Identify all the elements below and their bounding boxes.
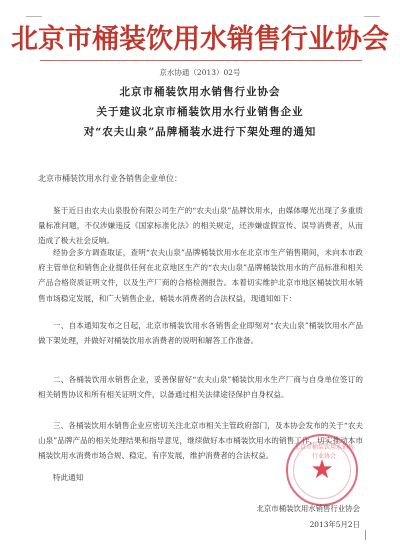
- crop-mark-top-left: [26, 16, 42, 17]
- salutation: 北京市桶装饮用水行业各销售企业单位：: [38, 173, 182, 184]
- title-line-1: 北京市桶装饮用水销售行业协会: [0, 84, 400, 99]
- document-number: 京水协通（2013）02号: [0, 67, 400, 78]
- star-icon: ★: [288, 456, 356, 484]
- text-cursor: [365, 530, 366, 540]
- closing-text: 特此通知: [53, 472, 83, 483]
- paragraph-1: 鉴于近日由农夫山泉股份有限公司生产的“农夫山泉”品牌饮用水，由媒体曝光出现了多重…: [38, 203, 363, 249]
- title-line-3: 对“农夫山泉”品牌桶装水进行下架处理的通知: [0, 124, 400, 139]
- paragraph-item-1: 一、自本通知发布之日起，北京市桶装饮用水各销售企业即刻对“农夫山泉”桶装饮用水产…: [38, 318, 363, 348]
- title-line-2: 关于建议北京市桶装饮用水行业销售企业: [0, 104, 400, 119]
- letterhead-org-name: 北京市桶装饮用水销售行业协会: [0, 23, 400, 57]
- letterhead-divider: [40, 60, 362, 61]
- signature-date: 2013年5月2日: [310, 519, 360, 530]
- crop-mark-top-right: [364, 16, 380, 17]
- paragraph-2: 经协会多方调查取证，查明“农夫山泉”品牌桶装饮用水在北京市生产销售期间，未向本市…: [38, 245, 363, 306]
- paragraph-item-2: 二、各桶装饮用水销售企业，妥善保留好“农夫山泉”桶装饮用水生产厂商与自身单位签订…: [38, 372, 363, 402]
- document-page: 北京市桶装饮用水销售行业协会 京水协通（2013）02号 北京市桶装饮用水销售行…: [0, 0, 400, 546]
- signature-org: 北京市桶装饮用水销售行业协会: [257, 503, 360, 514]
- official-seal: 北京市桶装饮用水销售行业协会 ★: [286, 434, 358, 506]
